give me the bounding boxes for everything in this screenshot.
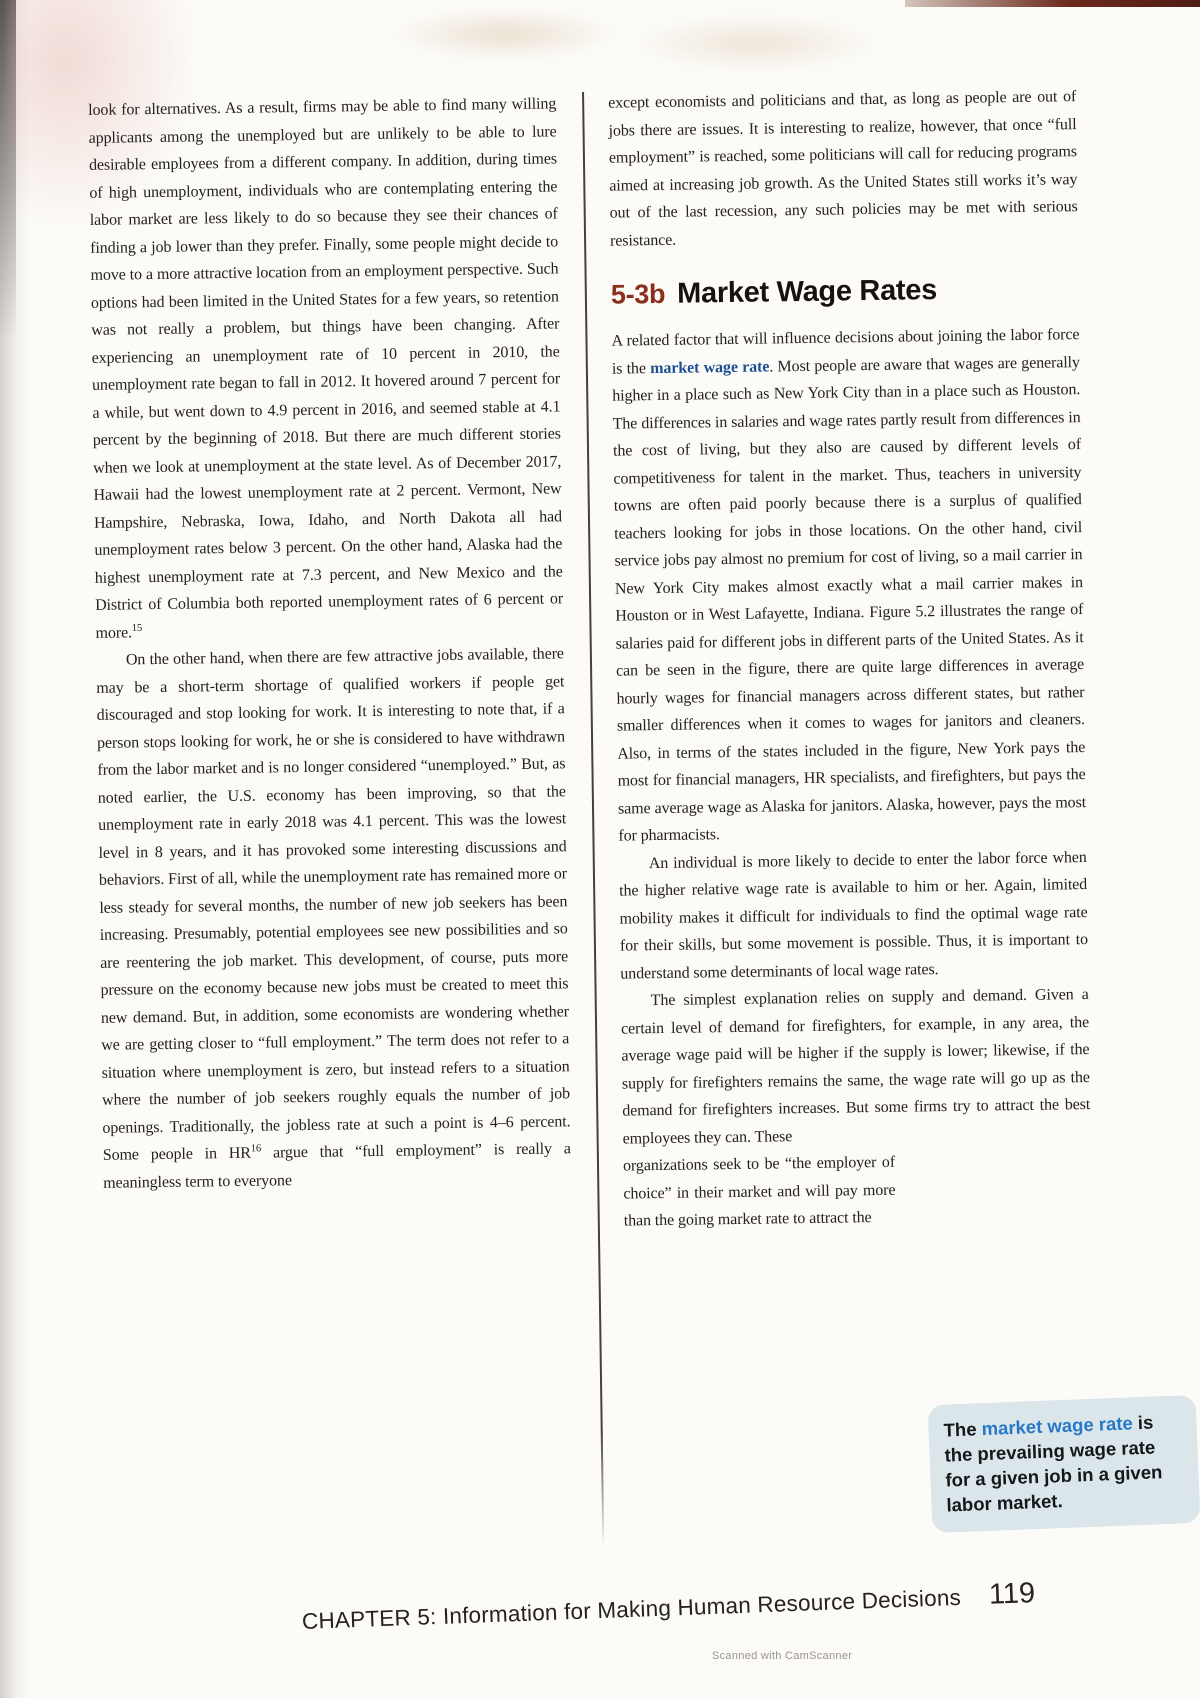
- scan-top-strip: [905, 0, 1200, 7]
- paragraph-politicians: except economists and politicians and th…: [608, 83, 1078, 255]
- section-heading: 5-3bMarket Wage Rates: [611, 272, 1079, 312]
- left-column: look for alternatives. As a result, firm…: [88, 90, 576, 1553]
- scanned-textbook-page: look for alternatives. As a result, firm…: [0, 0, 1200, 1698]
- paragraph-text: The simplest explanation relies on suppl…: [621, 986, 1090, 1147]
- section-number: 5-3b: [611, 279, 666, 310]
- paragraph-text: organizations seek to be “the employer o…: [623, 1154, 896, 1230]
- paragraph-text: On the other hand, when there are few at…: [96, 645, 570, 1163]
- page-content: look for alternatives. As a result, firm…: [88, 83, 1100, 1554]
- paragraph-market-wage-rate: A related factor that will influence dec…: [611, 321, 1086, 850]
- paragraph-text: look for alternatives. As a result, firm…: [88, 95, 563, 641]
- paragraph-employer-of-choice: organizations seek to be “the employer o…: [623, 1149, 896, 1235]
- scan-smudge: [630, 14, 880, 72]
- paragraph-text: An individual is more likely to decide t…: [619, 849, 1088, 983]
- footer-chapter-title: CHAPTER 5: Information for Making Human …: [302, 1585, 962, 1635]
- paragraph-unemployment-trends: look for alternatives. As a result, firm…: [88, 90, 564, 646]
- column-divider: [582, 92, 604, 1547]
- footnote-ref-16: 16: [251, 1143, 261, 1154]
- page-number: 119: [988, 1577, 1035, 1612]
- paragraph-labor-force-entry: An individual is more likely to decide t…: [619, 844, 1089, 988]
- paragraph-text: . Most people are aware that wages are g…: [612, 354, 1086, 845]
- paragraph-text: except economists and politicians and th…: [608, 88, 1078, 249]
- key-term-market-wage-rate: market wage rate: [650, 358, 769, 377]
- paragraph-full-employment: On the other hand, when there are few at…: [96, 640, 572, 1196]
- definition-text: The: [943, 1418, 982, 1440]
- page-footer: CHAPTER 5: Information for Making Human …: [301, 1577, 1035, 1637]
- right-column: except economists and politicians and th…: [608, 83, 1096, 1546]
- paragraph-supply-demand: The simplest explanation relies on suppl…: [621, 981, 1091, 1153]
- definition-term: market wage rate: [981, 1412, 1133, 1439]
- section-title: Market Wage Rates: [677, 274, 937, 310]
- scan-smudge: [390, 8, 620, 60]
- camscanner-watermark: Scanned with CamScanner: [712, 1650, 852, 1662]
- footnote-ref-15: 15: [132, 622, 142, 633]
- definition-box: The market wage rate is the prevailing w…: [928, 1395, 1200, 1533]
